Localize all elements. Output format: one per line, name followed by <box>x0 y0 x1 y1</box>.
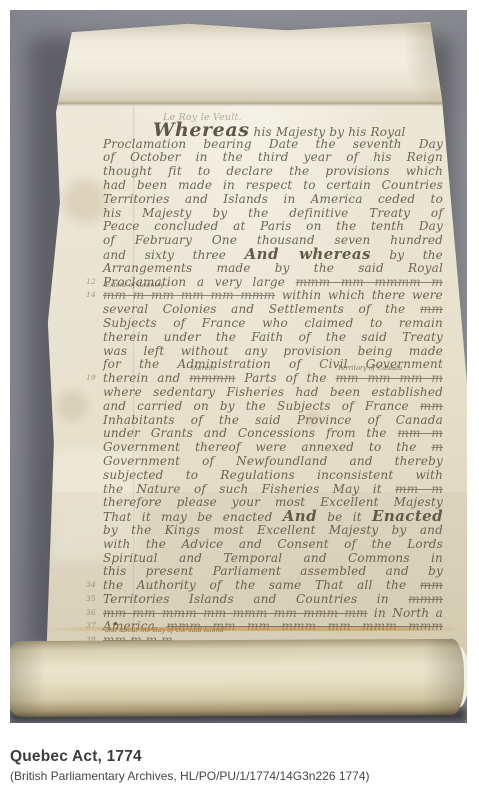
manuscript-line: Arrangements made by the said Royal <box>103 262 443 276</box>
line-number: 35 <box>86 595 96 603</box>
manuscript-line: 34the Authority of the same That all the… <box>103 579 443 593</box>
manuscript-segment-text: Territories and Islands in America ceded… <box>103 192 443 206</box>
manuscript-segment-text: Parts of the <box>236 371 336 385</box>
manuscript-line: under Grants and Concessions from the mm… <box>103 427 443 441</box>
manuscript-segment-text: Spiritual and Temporal and Commons in <box>103 551 443 565</box>
manuscript-segment-text: his Majesty by the definitive Treaty of <box>103 206 443 220</box>
manuscript-segment-struck: mm m <box>395 482 443 496</box>
manuscript-segment-struck: mmm mm mmmm m <box>296 275 443 289</box>
interlinear-note: Territory of Canada <box>338 365 403 372</box>
manuscript-segment-text: this present Parliament assembled and by <box>103 564 443 578</box>
scroll-roll <box>10 639 464 717</box>
manuscript-segment-text: Government thereof were annexed to the <box>103 440 431 454</box>
interlinear-note: Extent of Country : <box>105 282 168 289</box>
manuscript-line: his Majesty by the definitive Treaty of <box>103 207 443 221</box>
manuscript-segment-struck: mmm <box>408 592 443 606</box>
manuscript-segment-text: was left without any provision being mad… <box>103 344 443 358</box>
manuscript-segment-text: in North a <box>368 606 443 620</box>
manuscript-segment-struck: mmmmtherein <box>189 371 235 385</box>
manuscript-segment-text: the Authority of the same That all the <box>103 578 420 592</box>
manuscript-line: thought fit to declare the provisions wh… <box>103 165 443 179</box>
manuscript-line: Spiritual and Temporal and Commons in <box>103 552 443 566</box>
manuscript-line: and sixty three And whereas by the <box>103 248 443 262</box>
fold-stain-line <box>46 627 460 631</box>
manuscript-segment-text: thought fit to declare the provisions wh… <box>103 164 443 178</box>
manuscript-line: Proclamation bearing Date the seventh Da… <box>103 138 443 152</box>
manuscript-line: 14mm m mm mm mm mmmExtent of Country : w… <box>103 289 443 303</box>
caption-source: (British Parliamentary Archives, HL/PO/P… <box>10 769 370 783</box>
manuscript-line: the Nature of such Fisheries May it mm m <box>103 483 443 497</box>
line-number: 36 <box>86 609 96 617</box>
manuscript-line: where sedentary Fisheries had been estab… <box>103 386 443 400</box>
manuscript-segment-struck: m <box>431 440 443 454</box>
manuscript-segment-text: Proclamation bearing Date the seventh Da… <box>103 137 443 151</box>
manuscript-segment-text: Peace concluded at Paris on the tenth Da… <box>103 219 443 233</box>
line-number: 34 <box>86 581 96 589</box>
manuscript-segment-struck: mm m <box>397 426 443 440</box>
manuscript-segment-text: the Nature of such Fisheries May it <box>103 482 395 496</box>
manuscript-line: Territories and Islands in America ceded… <box>103 193 443 207</box>
interlinear-note: therein <box>191 365 215 372</box>
manuscript-line: Government of Newfoundland and thereby <box>103 455 443 469</box>
manuscript-segment-text: Inhabitants of the said Province of Cana… <box>103 413 443 427</box>
manuscript-segment-struck: mm <box>420 399 443 413</box>
manuscript-line: therein under the Faith of the said Trea… <box>103 331 443 345</box>
manuscript-segment-text: within which there were <box>275 288 443 302</box>
manuscript-segment-text: several Colonies and Settlements of the <box>103 302 420 316</box>
manuscript-segment-struck: mm <box>420 578 443 592</box>
manuscript-segment-text: where sedentary Fisheries had been estab… <box>103 385 443 399</box>
manuscript-lines: Le Roy le Veult.Whereas his Majesty by h… <box>103 110 443 648</box>
manuscript-line: was left without any provision being mad… <box>103 345 443 359</box>
parchment-sheet: Le Roy le Veult.Whereas his Majesty by h… <box>38 22 467 662</box>
manuscript-line: of October in the third year of his Reig… <box>103 151 443 165</box>
manuscript-segment-text: therein and <box>103 371 189 385</box>
manuscript-line: Government thereof were annexed to the m <box>103 441 443 455</box>
manuscript-segment-struck: mm m mm mm mm mmmExtent of Country : <box>103 288 275 302</box>
manuscript-line: subjected to Regulations inconsistent wi… <box>103 469 443 483</box>
manuscript-segment-text: with the Advice and Consent of the Lords <box>103 537 443 551</box>
manuscript-segment-text: under Grants and Concessions from the <box>103 426 397 440</box>
manuscript-line: had been made in respect to certain Coun… <box>103 179 443 193</box>
manuscript-line: That it may be enacted And be it Enacted <box>103 510 443 524</box>
manuscript-segment-struck: mm mm mm mTerritory of Canada <box>336 371 443 385</box>
manuscript-line: Whereas his Majesty by his Royal <box>103 124 443 138</box>
manuscript-segment-text: subjected to Regulations inconsistent wi… <box>103 468 443 482</box>
manuscript-line: Inhabitants of the said Province of Cana… <box>103 414 443 428</box>
caption-title: Quebec Act, 1774 <box>10 748 370 766</box>
manuscript-line: several Colonies and Settlements of the … <box>103 303 443 317</box>
manuscript-segment-text: by the Kings most Excellent Majesty by a… <box>103 523 443 537</box>
line-number: 12 <box>86 278 96 286</box>
manuscript-line: Peace concluded at Paris on the tenth Da… <box>103 220 443 234</box>
manuscript-segment-text: therein under the Faith of the said Trea… <box>103 330 443 344</box>
quebec-act-photograph: Le Roy le Veult.Whereas his Majesty by h… <box>10 10 467 723</box>
manuscript-line: this present Parliament assembled and by <box>103 565 443 579</box>
page: Le Roy le Veult.Whereas his Majesty by h… <box>0 0 479 795</box>
manuscript-segment-struck: mm <box>420 302 443 316</box>
manuscript-line: by the Kings most Excellent Majesty by a… <box>103 524 443 538</box>
manuscript-line: 35Territories Islands and Countries in m… <box>103 593 443 607</box>
line-number: 14 <box>86 291 96 299</box>
manuscript-line: and carried on by the Subjects of France… <box>103 400 443 414</box>
manuscript-segment-text: Government of Newfoundland and thereby <box>103 454 443 468</box>
caption: Quebec Act, 1774 (British Parliamentary … <box>10 748 370 783</box>
manuscript-line: with the Advice and Consent of the Lords <box>103 538 443 552</box>
manuscript-segment-text: Territories Islands and Countries in <box>103 592 408 606</box>
manuscript-segment-text: of October in the third year of his Reig… <box>103 150 443 164</box>
manuscript-segment-text: Arrangements made by the said Royal <box>103 261 443 275</box>
manuscript-segment-text: and carried on by the Subjects of France <box>103 399 420 413</box>
manuscript-segment-text: had been made in respect to certain Coun… <box>103 178 443 192</box>
manuscript-line: Subjects of France who claimed to remain <box>103 317 443 331</box>
manuscript-segment-text: Subjects of France who claimed to remain <box>103 316 443 330</box>
line-number: 19 <box>86 374 96 382</box>
manuscript-line: 19therein and mmmmtherein Parts of the m… <box>103 372 443 386</box>
manuscript-segment-struck: mm mm mmm mm mmm mm mmm mm <box>103 606 368 620</box>
